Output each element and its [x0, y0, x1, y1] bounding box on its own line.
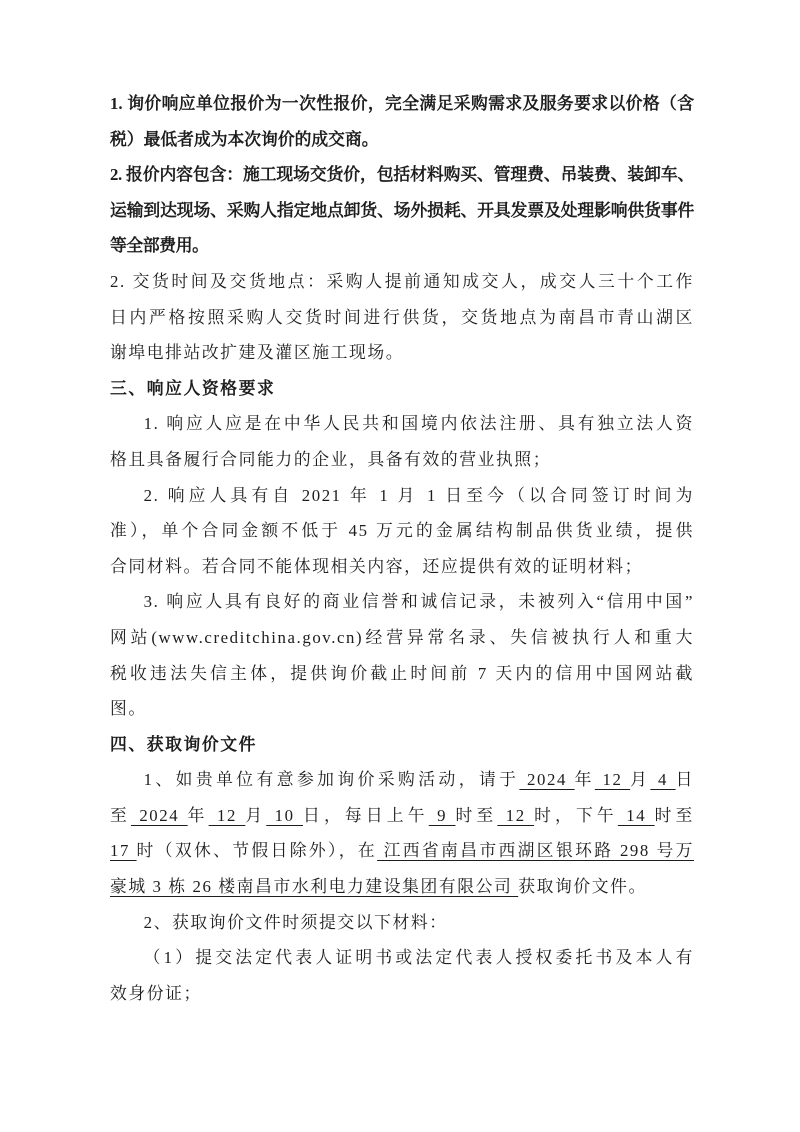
doc-line: 豪城 3 栋 26 楼南昌市水利电力建设集团有限公司 获取询价文件。: [110, 869, 694, 905]
document-content: 1. 询价响应单位报价为一次性报价，完全满足采购需求及服务要求以价格（含 税）最…: [110, 86, 694, 1011]
doc-line: 合同材料。若合同不能体现相关内容，还应提供有效的证明材料；: [110, 549, 694, 585]
field-address-part-1: 江西省南昌市西湖区银环路 298 号万: [377, 841, 694, 860]
doc-line: 效身份证；: [110, 976, 694, 1012]
text-segment: 时至: [655, 806, 694, 825]
doc-line: 税）最低者成为本次询价的成交商。: [110, 122, 694, 158]
doc-line: 1. 询价响应单位报价为一次性报价，完全满足采购需求及服务要求以价格（含: [110, 86, 694, 122]
text-segment: 日，每日上午: [303, 806, 429, 825]
doc-line: 准），单个合同金额不低于 45 万元的金属结构制品供货业绩，提供: [110, 513, 694, 549]
field-afternoon-open-hour: 14: [618, 806, 655, 825]
doc-line: 2. 交货时间及交货地点：采购人提前通知成交人，成交人三十个工作: [110, 264, 694, 300]
doc-line: 图。: [110, 691, 694, 727]
text-segment: 获取询价文件。: [518, 877, 647, 896]
field-morning-close-hour: 12: [497, 806, 534, 825]
doc-line: 格且具备履行合同能力的企业，具备有效的营业执照；: [110, 442, 694, 478]
para-qualification-2: 2. 响应人具有自 2021 年 1 月 1 日至今（以合同签订时间为 准），单…: [110, 478, 694, 585]
doc-line: 等全部费用。: [110, 228, 694, 264]
doc-line: 1、如贵单位有意参加询价采购活动，请于 2024 年 12 月 4 日: [110, 762, 694, 798]
doc-line: 2. 响应人具有自 2021 年 1 月 1 日至今（以合同签订时间为: [110, 478, 694, 514]
text-segment: 年: [575, 770, 595, 789]
field-end-day: 10: [266, 806, 303, 825]
heading-section-3-qualifications: 三、响应人资格要求: [110, 371, 694, 407]
doc-line: 运输到达现场、采购人指定地点卸货、场外损耗、开具发票及处理影响供货事件: [110, 193, 694, 229]
para-pricing-rule-2: 2. 报价内容包含：施工现场交货价，包括材料购买、管理费、吊装费、装卸车、 运输…: [110, 157, 694, 264]
doc-line: 至 2024 年 12 月 10 日，每日上午 9 时至 12 时，下午 14 …: [110, 798, 694, 834]
text-segment: 日: [676, 770, 694, 789]
field-afternoon-close-hour: 17: [110, 841, 137, 860]
field-end-year: 2024: [131, 806, 188, 825]
doc-line: 网站(www.creditchina.gov.cn)经营异常名录、失信被执行人和…: [110, 620, 694, 656]
para-qualification-3: 3. 响应人具有良好的商业信誉和诚信记录，未被列入“信用中国” 网站(www.c…: [110, 584, 694, 726]
field-address-part-2: 豪城 3 栋 26 楼南昌市水利电力建设集团有限公司: [110, 877, 518, 896]
para-qualification-1: 1. 响应人应是在中华人民共和国境内依法注册、具有独立法人资 格且具备履行合同能…: [110, 406, 694, 477]
doc-line: 谢埠电排站改扩建及灌区施工现场。: [110, 335, 694, 371]
field-start-day: 4: [650, 770, 675, 789]
doc-line: （1）提交法定代表人证明书或法定代表人授权委托书及本人有: [110, 940, 694, 976]
text-segment: 1、如贵单位有意参加询价采购活动，请于: [144, 770, 520, 789]
doc-line: 17 时（双休、节假日除外），在 江西省南昌市西湖区银环路 298 号万: [110, 833, 694, 869]
document-page: 1. 询价响应单位报价为一次性报价，完全满足采购需求及服务要求以价格（含 税）最…: [0, 0, 800, 1132]
doc-line: 税收违法失信主体，提供询价截止时间前 7 天内的信用中国网站截: [110, 656, 694, 692]
doc-line: 1. 响应人应是在中华人民共和国境内依法注册、具有独立法人资: [110, 406, 694, 442]
doc-line: 3. 响应人具有良好的商业信誉和诚信记录，未被列入“信用中国”: [110, 584, 694, 620]
para-materials-required: 2、获取询价文件时须提交以下材料：: [110, 905, 694, 941]
text-segment: 至: [110, 806, 131, 825]
doc-line: 2. 报价内容包含：施工现场交货价，包括材料购买、管理费、吊装费、装卸车、: [110, 157, 694, 193]
para-material-item-1: （1）提交法定代表人证明书或法定代表人授权委托书及本人有 效身份证；: [110, 940, 694, 1011]
field-morning-open-hour: 9: [429, 806, 456, 825]
field-start-month: 12: [595, 770, 630, 789]
heading-section-4-obtain-documents: 四、获取询价文件: [110, 727, 694, 763]
field-end-month: 12: [209, 806, 246, 825]
para-pricing-rule-1: 1. 询价响应单位报价为一次性报价，完全满足采购需求及服务要求以价格（含 税）最…: [110, 86, 694, 157]
para-delivery-terms: 2. 交货时间及交货地点：采购人提前通知成交人，成交人三十个工作 日内严格按照采…: [110, 264, 694, 371]
doc-line: 日内严格按照采购人交货时间进行供货，交货地点为南昌市青山湖区: [110, 300, 694, 336]
text-segment: 时（双休、节假日除外），在: [137, 841, 378, 860]
text-segment: 时，下午: [534, 806, 618, 825]
text-segment: 月: [245, 806, 266, 825]
field-start-year: 2024: [519, 770, 574, 789]
doc-line: 2、获取询价文件时须提交以下材料：: [110, 905, 694, 941]
text-segment: 月: [630, 770, 650, 789]
para-obtain-schedule: 1、如贵单位有意参加询价采购活动，请于 2024 年 12 月 4 日 至 20…: [110, 762, 694, 904]
text-segment: 年: [188, 806, 209, 825]
text-segment: 时至: [455, 806, 497, 825]
